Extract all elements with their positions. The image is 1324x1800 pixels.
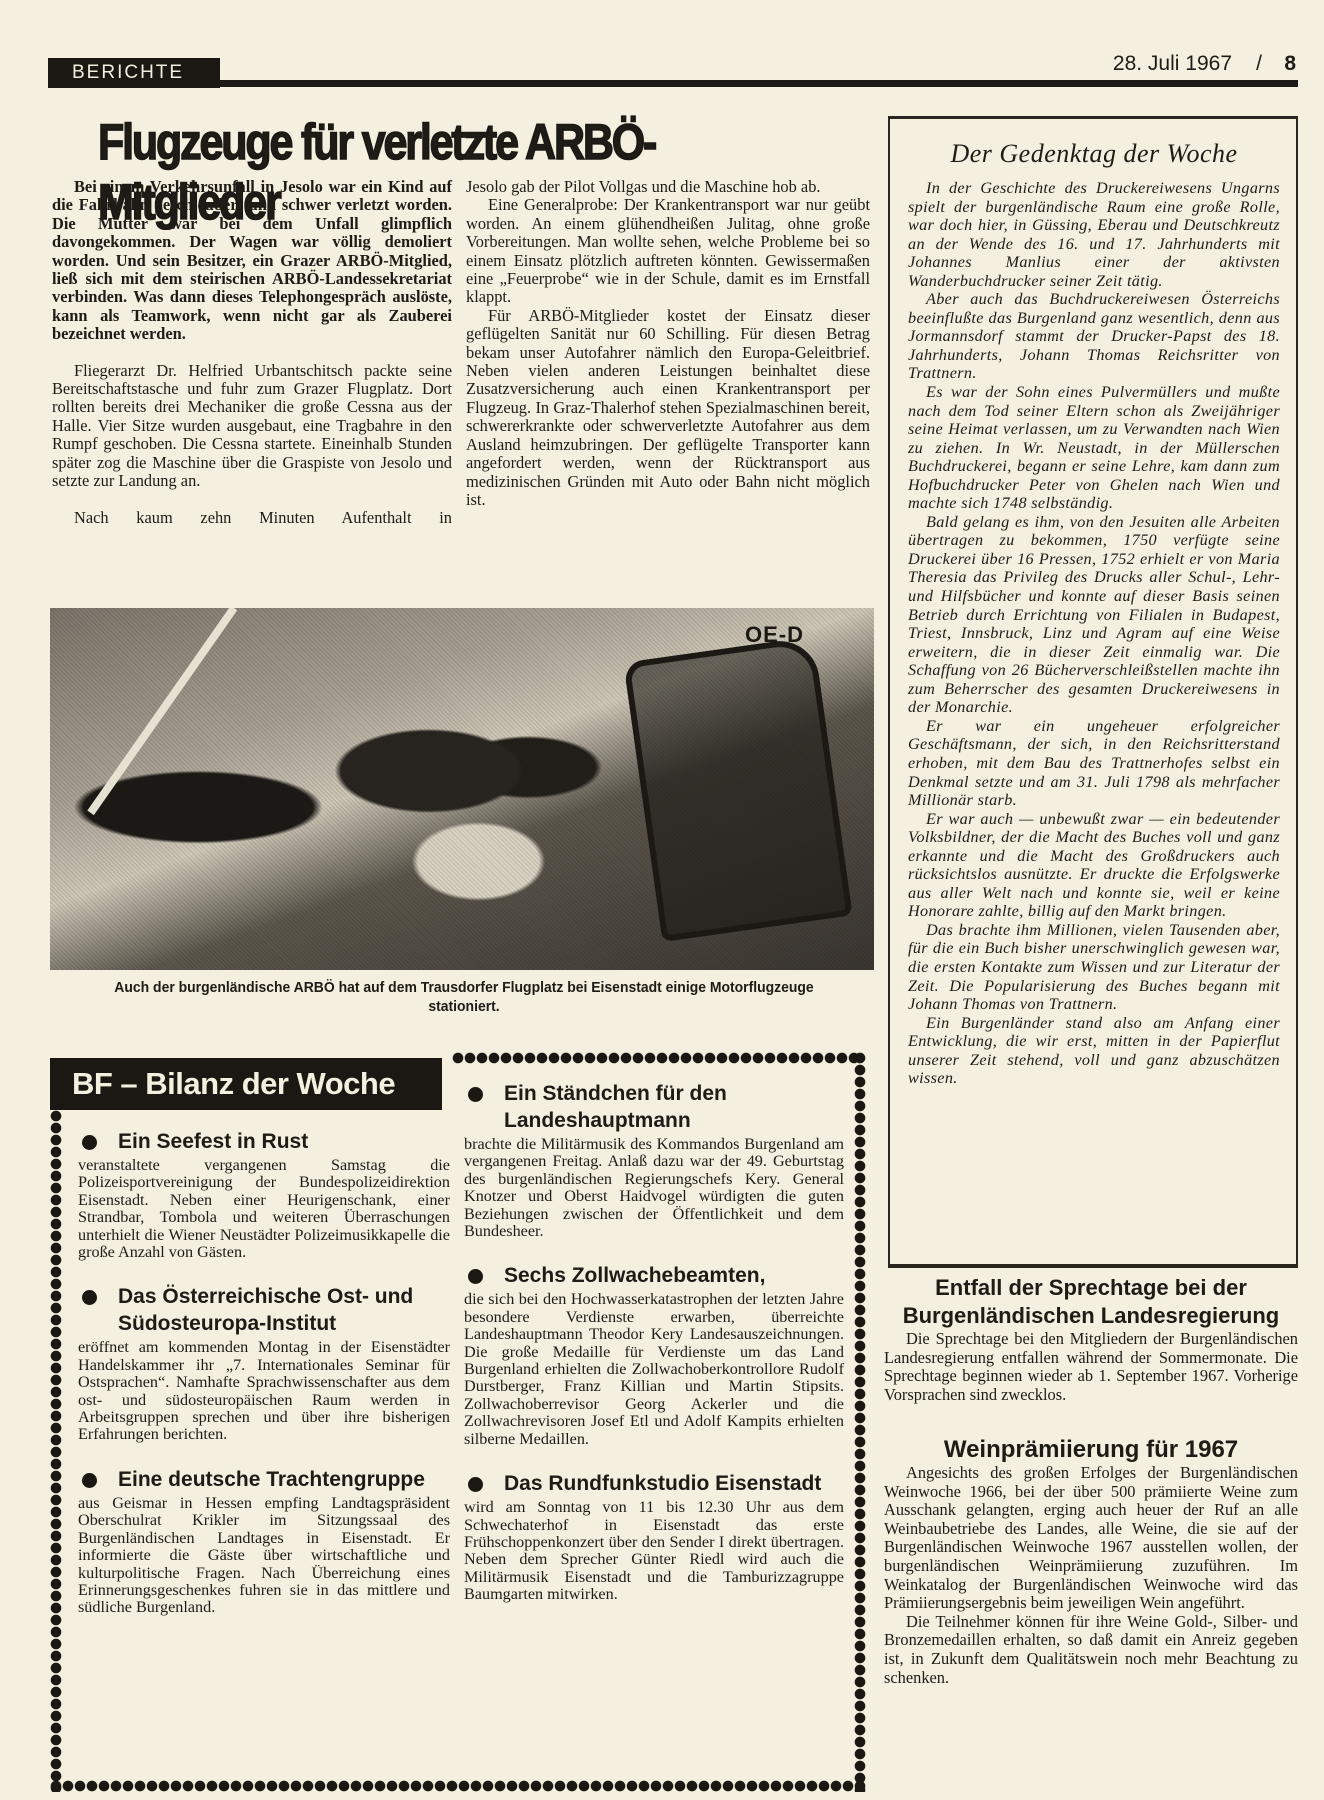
body-paragraph: Nach kaum zehn Minuten Aufenthalt in — [52, 509, 452, 527]
bf-column-2: Ein Ständchen für den Landeshauptmann br… — [464, 1080, 844, 1604]
section-label: BERICHTE — [48, 58, 220, 88]
dotted-border-bottom — [50, 1780, 866, 1792]
bf-item-body: brachte die Militärmusik des Kommandos B… — [464, 1136, 844, 1240]
bf-item-body: die sich bei den Hochwasserkatastrophen … — [464, 1291, 844, 1448]
sidebar-body: In der Geschichte des Druckereiwesens Un… — [908, 179, 1280, 1088]
article-body: Die Sprechtage bei den Mitgliedern der B… — [884, 1330, 1298, 1404]
sidebar-paragraph: Ein Burgenländer stand also am Anfang ei… — [908, 1014, 1280, 1088]
bf-item-body: veranstaltete vergangenen Samstag die Po… — [78, 1157, 450, 1261]
article-title: Weinprämiierung für 1967 — [884, 1436, 1298, 1464]
article-sprechtage: Entfall der Sprechtage bei der Burgenlän… — [884, 1274, 1298, 1404]
lead-paragraph: Bei einem Verkehrsunfall in Jesolo war e… — [52, 178, 452, 344]
article-paragraph: Die Teilnehmer können für ihre Weine Gol… — [884, 1613, 1298, 1687]
gedenktag-box: Der Gedenktag der Woche In der Geschicht… — [888, 116, 1298, 1268]
news-photo-airplane-stretcher: OE-D — [50, 608, 874, 970]
bf-item-title: Eine deutsche Trachtengruppe — [118, 1468, 425, 1491]
header-rule — [220, 80, 1298, 87]
bf-item-title: Das Österreichische Ost- und Südosteurop… — [118, 1285, 413, 1335]
aircraft-registration: OE-D — [745, 622, 804, 648]
main-article-column-1: Bei einem Verkehrsunfall in Jesolo war e… — [52, 178, 452, 527]
bf-item-title: Ein Ständchen für den Landeshauptmann — [504, 1082, 727, 1132]
article-weinpraemiierung: Weinprämiierung für 1967 Angesichts des … — [884, 1436, 1298, 1687]
issue-date: 28. Juli 1967 — [1113, 52, 1232, 76]
sidebar-paragraph: Bald gelang es ihm, von den Jesuiten all… — [908, 513, 1280, 717]
sidebar-paragraph: Es war der Sohn eines Pulvermüllers und … — [908, 383, 1280, 513]
bf-column-1: Ein Seefest in Rust veranstaltete vergan… — [78, 1128, 450, 1617]
bullet-icon — [82, 1290, 97, 1305]
bf-item-title: Ein Seefest in Rust — [118, 1130, 308, 1153]
sidebar-paragraph: Das brachte ihm Millionen, vielen Tausen… — [908, 921, 1280, 1014]
body-paragraph: Eine Generalprobe: Der Krankentransport … — [466, 196, 870, 306]
bf-item: Ein Ständchen für den Landeshauptmann br… — [464, 1080, 844, 1240]
bf-item: Das Rundfunkstudio Eisenstadt wird am So… — [464, 1470, 844, 1603]
bf-item: Sechs Zollwachebeamten, die sich bei den… — [464, 1262, 844, 1448]
dotted-border-left — [50, 1110, 62, 1792]
dotted-border-right — [854, 1052, 866, 1792]
bullet-icon — [468, 1269, 483, 1284]
bf-item-title: Sechs Zollwachebeamten, — [504, 1264, 765, 1287]
article-paragraph: Die Sprechtage bei den Mitgliedern der B… — [884, 1330, 1298, 1404]
article-paragraph: Angesichts des großen Erfolges der Burge… — [884, 1464, 1298, 1613]
article-lead: Bei einem Verkehrsunfall in Jesolo war e… — [52, 178, 452, 344]
main-article-column-2: Jesolo gab der Pilot Vollgas und die Mas… — [466, 178, 870, 509]
article-body: Angesichts des großen Erfolges der Burge… — [884, 1464, 1298, 1687]
sidebar-paragraph: Er war ein ungeheuer erfolgreicher Gesch… — [908, 717, 1280, 810]
bullet-icon — [82, 1135, 97, 1150]
bf-item: Ein Seefest in Rust veranstaltete vergan… — [78, 1128, 450, 1261]
body-paragraph: Jesolo gab der Pilot Vollgas und die Mas… — [466, 178, 870, 196]
body-paragraph: Fliegerarzt Dr. Helfried Urbantschitsch … — [52, 362, 452, 491]
bf-item-body: wird am Sonntag von 11 bis 12.30 Uhr aus… — [464, 1499, 844, 1603]
header-separator: / — [1256, 52, 1262, 76]
bullet-icon — [82, 1473, 97, 1488]
bf-item-title: Das Rundfunkstudio Eisenstadt — [504, 1472, 821, 1495]
bullet-icon — [468, 1087, 483, 1102]
article-title: Entfall der Sprechtage bei der Burgenlän… — [884, 1274, 1298, 1330]
sidebar-paragraph: Er war auch — unbewußt zwar — ein bedeut… — [908, 810, 1280, 921]
bf-item: Das Österreichische Ost- und Südosteurop… — [78, 1283, 450, 1443]
aircraft-door — [623, 636, 852, 942]
dotted-border-top — [452, 1052, 862, 1064]
page-number: 8 — [1284, 52, 1296, 76]
bf-item-body: aus Geismar in Hessen empfing Landtagspr… — [78, 1495, 450, 1617]
bf-item-body: eröffnet am kommenden Montag in der Eise… — [78, 1339, 450, 1443]
sidebar-paragraph: Aber auch das Buchdruckereiwesen Österre… — [908, 290, 1280, 383]
sidebar-title: Der Gedenktag der Woche — [908, 139, 1280, 169]
sidebar-paragraph: In der Geschichte des Druckereiwesens Un… — [908, 179, 1280, 290]
bullet-icon — [468, 1477, 483, 1492]
bf-bilanz-banner: BF – Bilanz der Woche — [50, 1058, 442, 1110]
bf-item: Eine deutsche Trachtengruppe aus Geismar… — [78, 1466, 450, 1617]
wing-strut — [87, 608, 237, 815]
photo-caption: Auch der burgenländische ARBÖ hat auf de… — [88, 978, 839, 1016]
body-paragraph: Für ARBÖ-Mitglieder kostet der Einsatz d… — [466, 307, 870, 509]
